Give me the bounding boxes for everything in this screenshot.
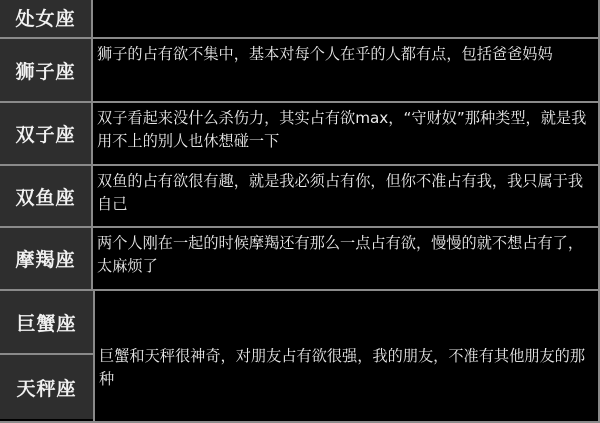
table-row-pisces: 双鱼座 双鱼的占有欲很有趣，就是我必须占有你，但你不准占有我，我只属于我自己 bbox=[0, 166, 598, 228]
description-cell: 巨蟹和天秤很神奇，对朋友占有欲很强，我的朋友，不准有其他朋友的那种 bbox=[95, 291, 598, 400]
description-cell: 狮子的占有欲不集中，基本对每个人在乎的人都有点，包括爸爸妈妈 bbox=[93, 39, 598, 101]
table-row-cancer-libra: 巨蟹座 天秤座 巨蟹和天秤很神奇，对朋友占有欲很强，我的朋友，不准有其他朋友的那… bbox=[0, 291, 598, 400]
sign-cell: 处女座 bbox=[0, 0, 93, 37]
description-cell: 双鱼的占有欲很有趣，就是我必须占有你，但你不准占有我，我只属于我自己 bbox=[93, 166, 598, 226]
table-row-gemini: 双子座 双子看起来没什么杀伤力，其实占有欲max，“守财奴”那种类型，就是我用不… bbox=[0, 103, 598, 166]
zodiac-possessiveness-table: 处女座 狮子座 狮子的占有欲不集中，基本对每个人在乎的人都有点，包括爸爸妈妈 双… bbox=[0, 0, 600, 400]
table-row-virgo: 处女座 bbox=[0, 0, 598, 39]
table-row-leo: 狮子座 狮子的占有欲不集中，基本对每个人在乎的人都有点，包括爸爸妈妈 bbox=[0, 39, 598, 103]
sign-cell: 双子座 bbox=[0, 103, 93, 164]
sign-cell: 摩羯座 bbox=[0, 228, 93, 289]
sign-cell: 狮子座 bbox=[0, 39, 93, 101]
sign-cell-libra: 天秤座 bbox=[0, 355, 93, 400]
description-cell: 两个人刚在一起的时候摩羯还有那么一点占有欲，慢慢的就不想占有了，太麻烦了 bbox=[93, 228, 598, 289]
sign-cell-cancer: 巨蟹座 bbox=[0, 291, 93, 355]
sign-cell: 双鱼座 bbox=[0, 166, 93, 226]
description-cell: 双子看起来没什么杀伤力，其实占有欲max，“守财奴”那种类型，就是我用不上的别人… bbox=[93, 103, 598, 164]
description-cell bbox=[93, 0, 598, 37]
merged-sign-column: 巨蟹座 天秤座 bbox=[0, 291, 95, 400]
table-row-capricorn: 摩羯座 两个人刚在一起的时候摩羯还有那么一点占有欲，慢慢的就不想占有了，太麻烦了 bbox=[0, 228, 598, 291]
